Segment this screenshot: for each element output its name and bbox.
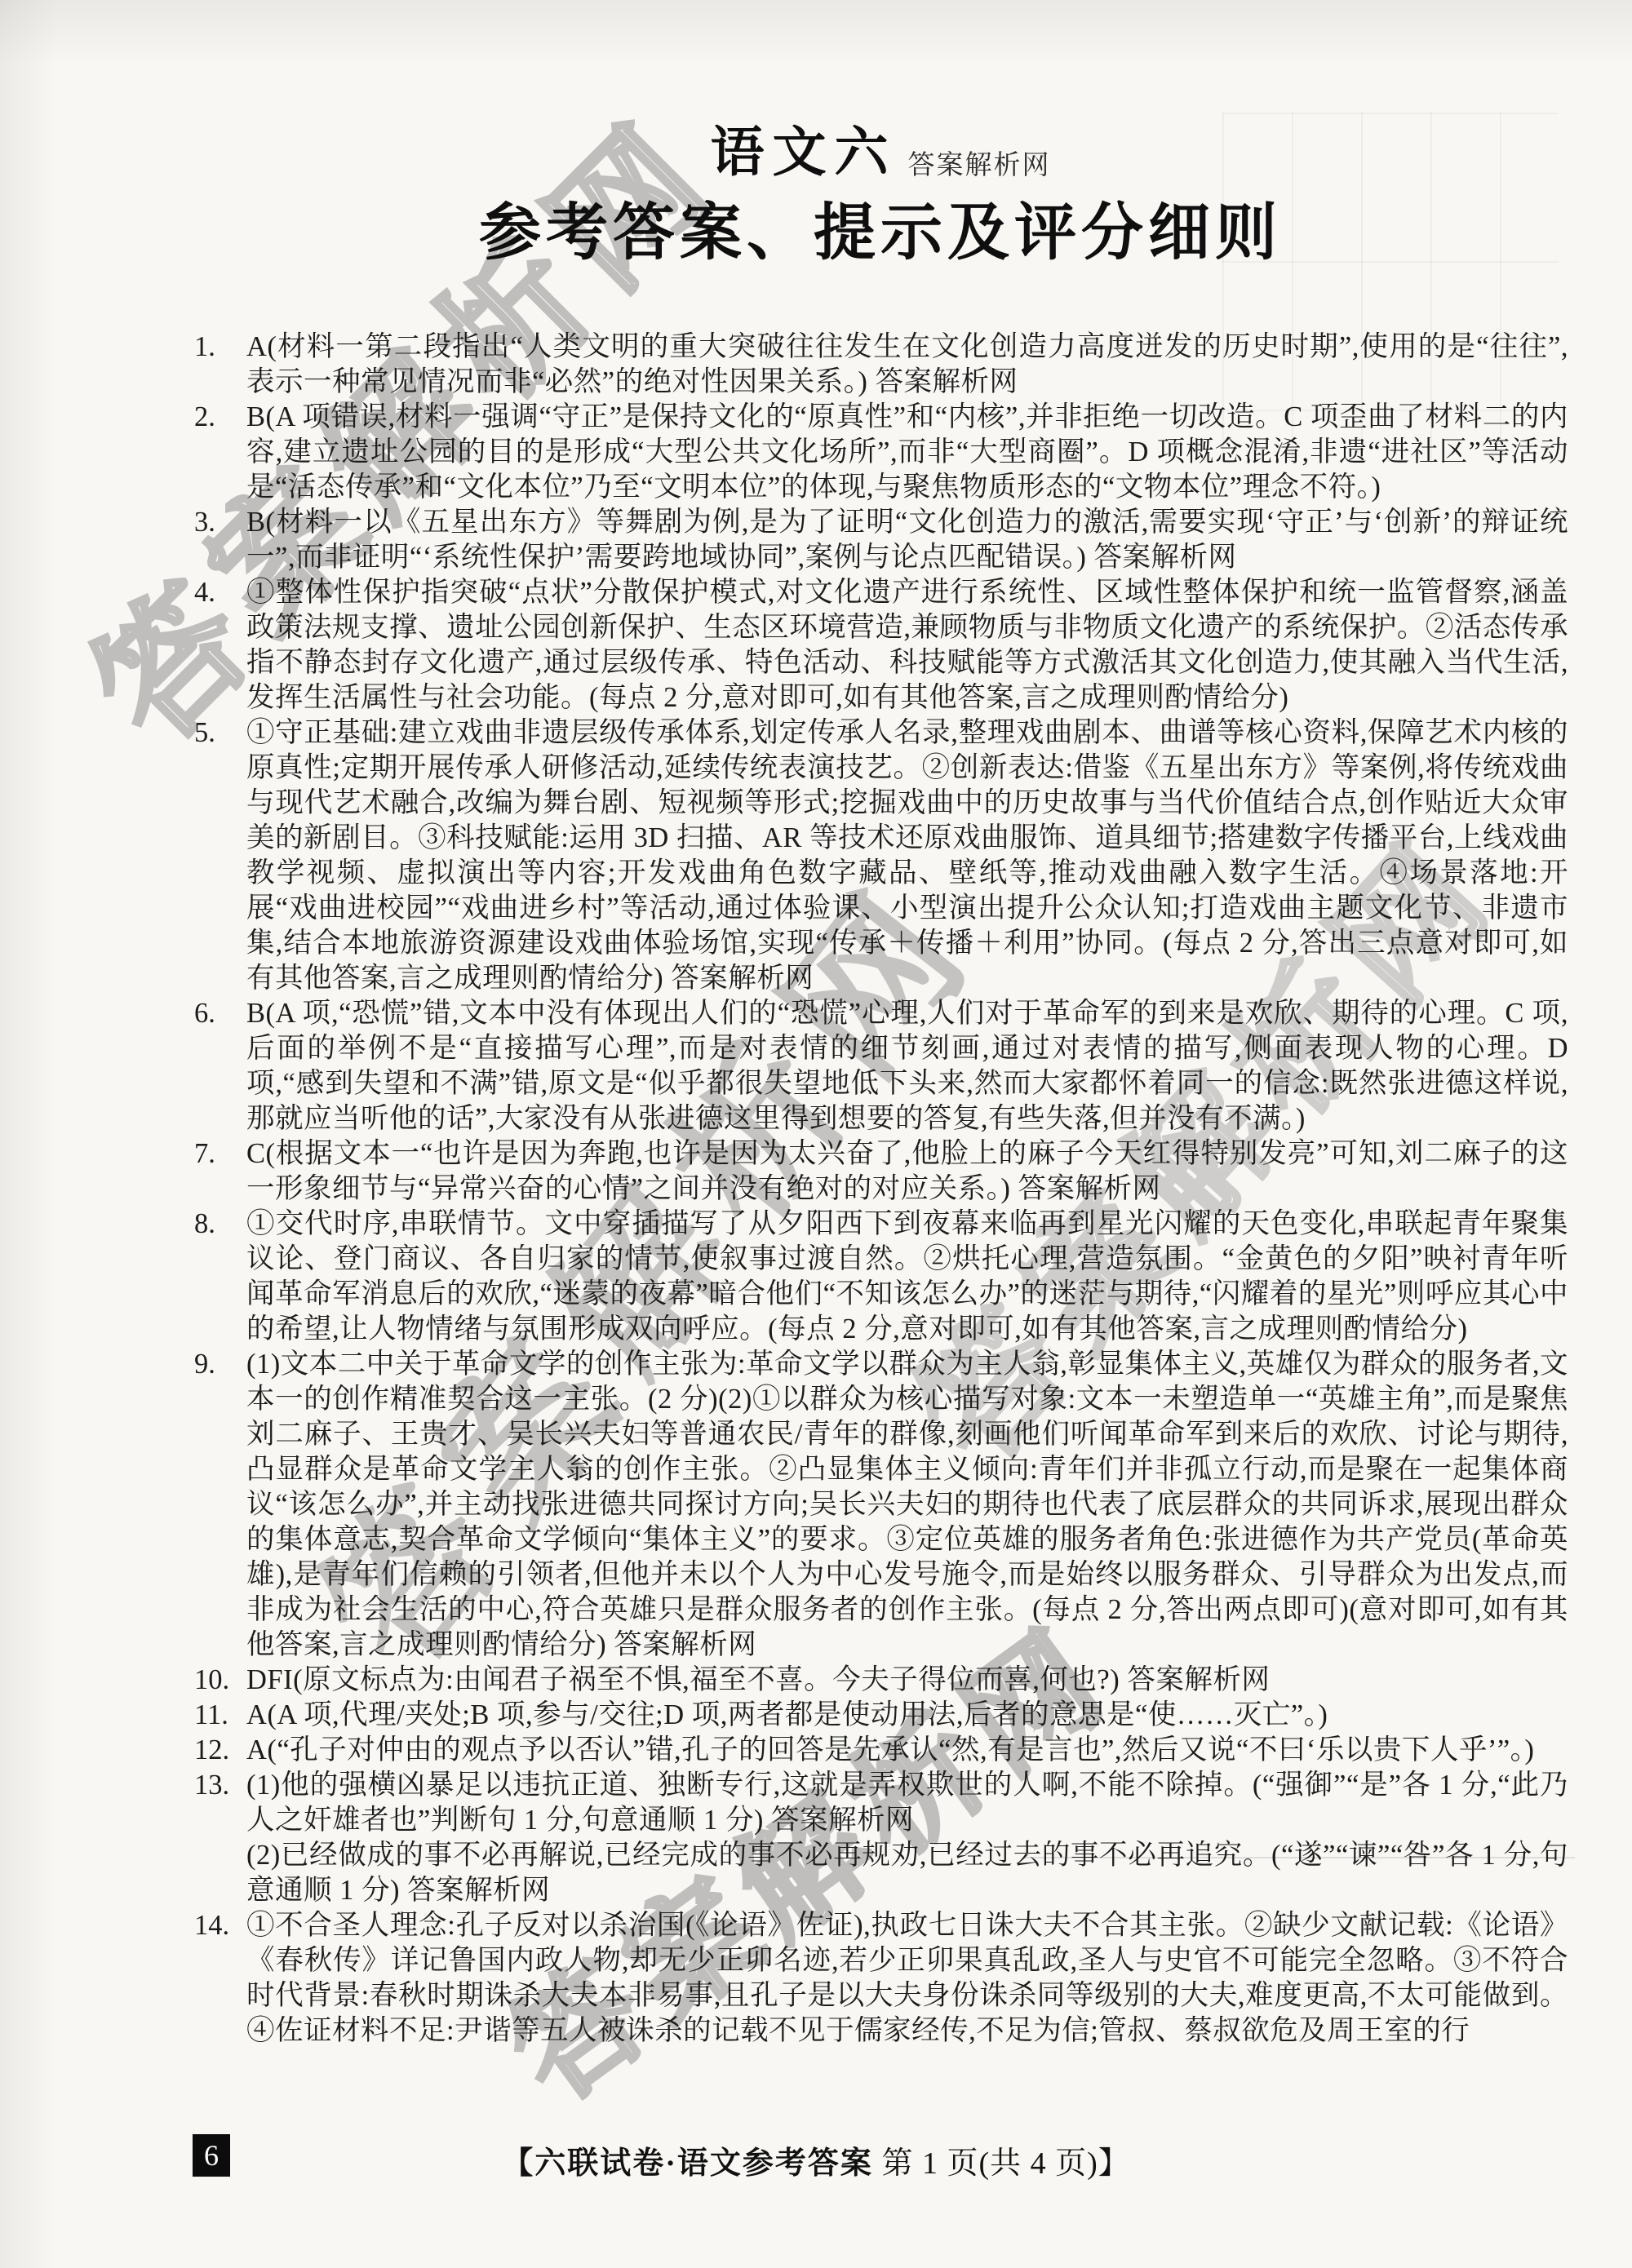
answer-number: 11.: [194, 1698, 243, 1733]
answer-number: 4.: [194, 575, 243, 610]
answer-number: 9.: [194, 1347, 243, 1382]
answer-item: 2. B(A 项错误,材料一强调“守正”是保持文化的“原真性”和“内核”,并非拒…: [194, 400, 1568, 505]
footer-title: 【六联试卷·语文参考答案: [502, 2146, 873, 2181]
answer-paragraph: B(A 项,“恐慌”错,文本中没有体现出人们的“恐慌”心理,人们对于革命军的到来…: [246, 996, 1568, 1136]
answer-body: ①交代时序,串联情节。文中穿插描写了从夕阳西下到夜幕来临再到星光闪耀的天色变化,…: [246, 1207, 1568, 1347]
answer-item: 13. (1)他的强横凶暴足以违抗正道、独断专行,这就是弄权欺世的人啊,不能不除…: [194, 1768, 1568, 1908]
answer-body: B(A 项,“恐慌”错,文本中没有体现出人们的“恐慌”心理,人们对于革命军的到来…: [246, 996, 1568, 1136]
footer-text: 【六联试卷·语文参考答案 第 1 页(共 4 页)】: [0, 2137, 1632, 2182]
answer-paragraph: B(材料一以《五星出东方》等舞剧为例,是为了证明“文化创造力的激活,需要实现‘守…: [246, 505, 1568, 575]
answer-item: 12. A(“孔子对仲由的观点予以否认”错,孔子的回答是先承认“然,有是言也”,…: [194, 1733, 1568, 1768]
answer-body: (1)文本二中关于革命文学的创作主张为:革命文学以群众为主人翁,彰显集体主义,英…: [246, 1347, 1568, 1663]
answer-number: 8.: [194, 1207, 243, 1242]
answer-item: 4. ①整体性保护指突破“点状”分散保护模式,对文化遗产进行系统性、区域性整体保…: [194, 575, 1568, 715]
answer-number: 14.: [194, 1908, 243, 1943]
answer-number: 1.: [194, 330, 243, 365]
answer-body: B(材料一以《五星出东方》等舞剧为例,是为了证明“文化创造力的激活,需要实现‘守…: [246, 505, 1568, 575]
answer-paragraph: (1)文本二中关于革命文学的创作主张为:革命文学以群众为主人翁,彰显集体主义,英…: [246, 1347, 1568, 1663]
answer-body: A(A 项,代理/夹处;B 项,参与/交往;D 项,两者都是使动用法,后者的意思…: [246, 1698, 1568, 1733]
answer-body: ①整体性保护指突破“点状”分散保护模式,对文化遗产进行系统性、区域性整体保护和统…: [246, 575, 1568, 715]
answer-paragraph: B(A 项错误,材料一强调“守正”是保持文化的“原真性”和“内核”,并非拒绝一切…: [246, 400, 1568, 505]
scan-edge-left: [0, 0, 59, 2268]
title-side-note: 答案解析网: [908, 144, 1051, 185]
answer-item: 8. ①交代时序,串联情节。文中穿插描写了从夕阳西下到夜幕来临再到星光闪耀的天色…: [194, 1207, 1568, 1347]
answer-number: 6.: [194, 996, 243, 1031]
answer-paragraph: A(“孔子对仲由的观点予以否认”错,孔子的回答是先承认“然,有是言也”,然后又说…: [246, 1733, 1568, 1768]
answer-item: 1. A(材料一第二段指出“人类文明的重大突破往往发生在文化创造力高度迸发的历史…: [194, 330, 1568, 400]
answer-number: 2.: [194, 400, 243, 435]
answer-item: 5. ①守正基础:建立戏曲非遗层级传承体系,划定传承人名录,整理戏曲剧本、曲谱等…: [194, 715, 1568, 996]
answer-paragraph: ①整体性保护指突破“点状”分散保护模式,对文化遗产进行系统性、区域性整体保护和统…: [246, 575, 1568, 715]
answer-item: 14. ①不合圣人理念:孔子反对以杀治国(《论语》佐证),执政七日诛大夫不合其主…: [194, 1908, 1568, 2049]
answer-body: B(A 项错误,材料一强调“守正”是保持文化的“原真性”和“内核”,并非拒绝一切…: [246, 400, 1568, 505]
answer-number: 13.: [194, 1768, 243, 1803]
scan-edge-top: [0, 0, 1632, 65]
scanned-answer-sheet: 答案解析网 答案解析网 答案解析网 答案解析网 语文六 答案解析网 参考答案、提…: [0, 0, 1632, 2268]
answer-number: 7.: [194, 1136, 243, 1172]
answer-item: 11. A(A 项,代理/夹处;B 项,参与/交往;D 项,两者都是使动用法,后…: [194, 1698, 1568, 1733]
answer-paragraph: (2)已经做成的事不必再解说,已经完成的事不必再规劝,已经过去的事不必再追究。(…: [246, 1838, 1568, 1908]
answer-paragraph: ①不合圣人理念:孔子反对以杀治国(《论语》佐证),执政七日诛大夫不合其主张。②缺…: [246, 1908, 1568, 2049]
answer-paragraph: C(根据文本一“也许是因为奔跑,也许是因为太兴奋了,他脸上的麻子今天红得特别发亮…: [246, 1136, 1568, 1207]
answer-item: 9. (1)文本二中关于革命文学的创作主张为:革命文学以群众为主人翁,彰显集体主…: [194, 1347, 1568, 1663]
answer-paragraph: (1)他的强横凶暴足以违抗正道、独断专行,这就是弄权欺世的人啊,不能不除掉。(“…: [246, 1768, 1568, 1838]
answer-number: 12.: [194, 1733, 243, 1768]
answer-paragraph: A(A 项,代理/夹处;B 项,参与/交往;D 项,两者都是使动用法,后者的意思…: [246, 1698, 1568, 1733]
answer-body: ①守正基础:建立戏曲非遗层级传承体系,划定传承人名录,整理戏曲剧本、曲谱等核心资…: [246, 715, 1568, 996]
answer-item: 7. C(根据文本一“也许是因为奔跑,也许是因为太兴奋了,他脸上的麻子今天红得特…: [194, 1136, 1568, 1207]
answer-paragraph: DFI(原文标点为:由闻君子祸至不惧,福至不喜。今夫子得位而喜,何也?) 答案解…: [246, 1663, 1568, 1698]
answer-paragraph: ①守正基础:建立戏曲非遗层级传承体系,划定传承人名录,整理戏曲剧本、曲谱等核心资…: [246, 715, 1568, 996]
header: 语文六 答案解析网 参考答案、提示及评分细则: [194, 121, 1567, 270]
answers-list: 1. A(材料一第二段指出“人类文明的重大突破往往发生在文化创造力高度迸发的历史…: [194, 330, 1568, 2049]
answer-item: 10. DFI(原文标点为:由闻君子祸至不惧,福至不喜。今夫子得位而喜,何也?)…: [194, 1663, 1568, 1698]
answer-number: 3.: [194, 505, 243, 540]
answer-body: DFI(原文标点为:由闻君子祸至不惧,福至不喜。今夫子得位而喜,何也?) 答案解…: [246, 1663, 1568, 1698]
answer-body: A(材料一第二段指出“人类文明的重大突破往往发生在文化创造力高度迸发的历史时期”…: [246, 330, 1568, 400]
page-title: 参考答案、提示及评分细则: [194, 198, 1567, 269]
answer-paragraph: ①交代时序,串联情节。文中穿插描写了从夕阳西下到夜幕来临再到星光闪耀的天色变化,…: [246, 1207, 1568, 1347]
answer-item: 6. B(A 项,“恐慌”错,文本中没有体现出人们的“恐慌”心理,人们对于革命军…: [194, 996, 1568, 1136]
answer-item: 3. B(材料一以《五星出东方》等舞剧为例,是为了证明“文化创造力的激活,需要实…: [194, 505, 1568, 575]
title-row: 语文六 答案解析网: [194, 121, 1567, 185]
paper-title: 语文六: [711, 121, 897, 185]
answer-body: C(根据文本一“也许是因为奔跑,也许是因为太兴奋了,他脸上的麻子今天红得特别发亮…: [246, 1136, 1568, 1207]
answer-body: A(“孔子对仲由的观点予以否认”错,孔子的回答是先承认“然,有是言也”,然后又说…: [246, 1733, 1568, 1768]
answer-number: 10.: [194, 1663, 243, 1698]
answer-body: ①不合圣人理念:孔子反对以杀治国(《论语》佐证),执政七日诛大夫不合其主张。②缺…: [246, 1908, 1568, 2049]
footer-page-info: 第 1 页(共 4 页)】: [873, 2146, 1130, 2181]
answer-number: 5.: [194, 715, 243, 751]
answer-body: (1)他的强横凶暴足以违抗正道、独断专行,这就是弄权欺世的人啊,不能不除掉。(“…: [246, 1768, 1568, 1908]
answer-paragraph: A(材料一第二段指出“人类文明的重大突破往往发生在文化创造力高度迸发的历史时期”…: [246, 330, 1568, 400]
